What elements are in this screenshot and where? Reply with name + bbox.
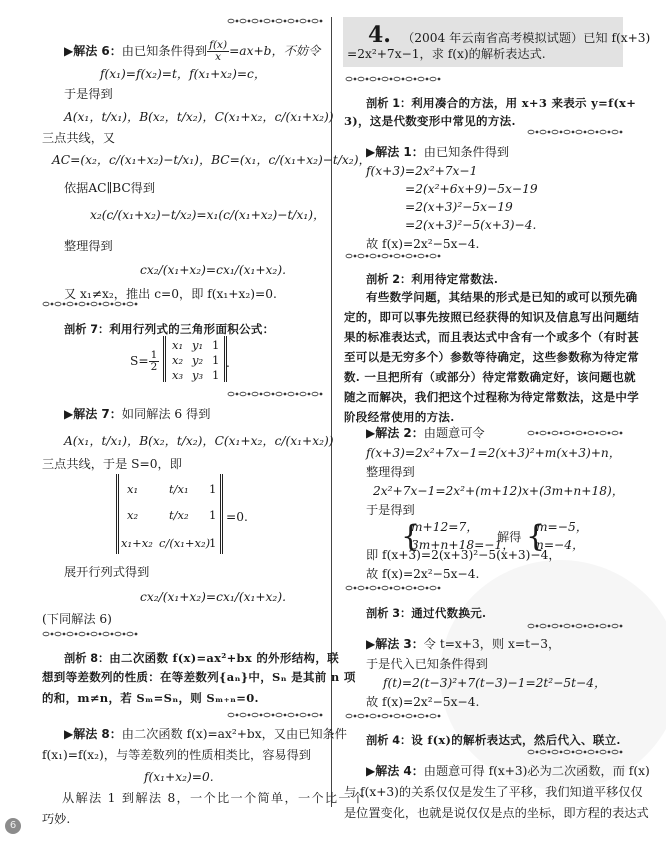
text: 于是得到 bbox=[64, 87, 113, 102]
problem-number: 4. bbox=[368, 22, 391, 48]
problem-number-line: 4. （2004 年云南省高考模拟试题）已知 f(x+3) bbox=[368, 22, 650, 48]
analysis-2-heading: 剖析 2：利用待定常数法. bbox=[366, 268, 498, 287]
solution-1-heading: ▶解法 1：由已知条件得到 bbox=[366, 145, 509, 160]
solution-label: ▶解法 3： bbox=[366, 637, 424, 651]
analysis-8-line2: 想到等差数列的性质：在等差数列{aₙ}中，Sₙ 是其前 n 项 bbox=[42, 669, 356, 685]
matrix-cell: y₃ bbox=[192, 368, 203, 382]
matrix-cell: c/(x₁+x₂) bbox=[159, 536, 210, 550]
ornament-divider bbox=[345, 253, 441, 259]
solution-label: ▶解法 4： bbox=[366, 764, 424, 778]
equation: f(x₁+x₂)=0. bbox=[144, 770, 214, 785]
analysis-3-heading: 剖析 3：通过代数换元. bbox=[366, 602, 486, 621]
analysis-7-heading: 剖析 7：利用行列式的三角形面积公式： bbox=[64, 318, 274, 337]
analysis-8-line1: 剖析 8：由二次函数 f(x)=ax²+bx 的外形结构，联 bbox=[64, 647, 339, 666]
analysis-label: 剖析 3： bbox=[366, 607, 411, 620]
analysis-1-line1: 剖析 1：利用凑合的方法，用 x+3 来表示 y=f(x+ bbox=[366, 92, 636, 111]
text: 依据AC∥BC得到 bbox=[64, 181, 155, 196]
text: 三点共线，又 bbox=[42, 131, 115, 146]
solution-2-heading: ▶解法 2：由题意可令 bbox=[366, 426, 485, 441]
denominator: 2 bbox=[149, 362, 160, 373]
equation-step: =2(x+3)²−5(x+3)−4. bbox=[405, 218, 536, 233]
solution-8-heading: ▶解法 8：由二次函数 f(x)=ax²+bx，又由已知条件 bbox=[64, 727, 347, 742]
text: 利用行列式的三角形面积公式： bbox=[109, 322, 274, 336]
solve-label: 解得 bbox=[497, 530, 521, 545]
analysis-2-para: 有些数学问题，其结果的形式是已知的或可以预先确 bbox=[366, 289, 637, 305]
text: 是位置变化，也就是说仅仅是点的坐标，即方程的表达式 bbox=[344, 806, 649, 821]
equation-step: =2(x+3)²−5x−19 bbox=[405, 200, 513, 215]
analysis-2-para: 数. 一旦把所有（或部分）待定常数确定好，该问题也就 bbox=[344, 369, 636, 385]
equation: f(x+3)=2x²+7x−1=2(x+3)²+m(x+3)+n， bbox=[366, 446, 621, 461]
matrix-cell: y₁ bbox=[192, 338, 203, 352]
ornament-divider bbox=[227, 712, 323, 718]
analysis-8-line3: 的和，m≠n，若 Sₘ=Sₙ，则 Sₘ₊ₙ=0. bbox=[42, 690, 259, 706]
text: f(x₁)=f(x₂)，与等差数列的性质相类比，容易得到 bbox=[42, 748, 311, 763]
text: 由已知条件得到 bbox=[122, 44, 207, 58]
system-equation: m+12=7， bbox=[411, 520, 478, 535]
equation-step: =2(x²+6x+9)−5x−19 bbox=[405, 182, 538, 197]
text: =ax+b，不妨令 bbox=[229, 44, 320, 58]
text: 巧妙. bbox=[42, 812, 70, 827]
solution-7-heading: ▶解法 7：如同解法 6 得到 bbox=[64, 407, 210, 422]
solution-label: ▶解法 2： bbox=[366, 426, 424, 440]
points-equation: A(x₁，t/x₁)，B(x₂，t/x₂)，C(x₁+x₂，c/(x₁+x₂)) bbox=[64, 434, 334, 449]
text: 如同解法 6 得到 bbox=[122, 407, 211, 421]
ornament-divider bbox=[42, 301, 138, 307]
matrix-cell: x₃ bbox=[172, 368, 183, 382]
formula-prefix: S=12 bbox=[130, 350, 159, 373]
analysis-4-heading: 剖析 4：设 f(x)的解析表达式，然后代入、联立. bbox=[366, 729, 621, 748]
ornament-divider bbox=[42, 631, 138, 637]
analysis-label: 剖析 7： bbox=[64, 323, 109, 336]
matrix-cell: x₁ bbox=[172, 338, 183, 352]
problem-statement: =2x²+7x−1，求 f(x)的解析表达式. bbox=[347, 47, 546, 62]
problem-source: （2004 年云南省高考模拟试题）已知 f(x+3) bbox=[402, 31, 650, 45]
analysis-2-para: 随之而解决，我们把这个过程称为待定常数法，这是中学 bbox=[344, 389, 639, 405]
page-number-badge: 6 bbox=[5, 818, 21, 834]
conclusion: 故 f(x)=2x²−5x−4. bbox=[366, 567, 479, 582]
ornament-divider bbox=[527, 749, 623, 755]
matrix-cell: y₂ bbox=[192, 353, 203, 367]
text: 由二次函数 f(x)=ax²+bx 的外形结构，联 bbox=[109, 651, 339, 665]
fraction: f(x)x bbox=[207, 40, 229, 63]
text: 即 f(x+3)=2(x+3)²−5(x+3)−4， bbox=[366, 548, 561, 563]
equation: x₂(c/(x₁+x₂)−t/x₂)=x₁(c/(x₁+x₂)−t/x₁)， bbox=[90, 208, 325, 223]
conclusion: 故 f(x)=2x²−5x−4. bbox=[366, 237, 479, 252]
equation-step: f(x+3)=2x²+7x−1 bbox=[366, 164, 477, 179]
solution-label: ▶解法 1： bbox=[366, 145, 424, 159]
ornament-divider bbox=[527, 129, 623, 135]
conclusion: 又 x₁≠x₂，推出 c=0，即 f(x₁+x₂)=0. bbox=[64, 287, 277, 302]
ornament-divider bbox=[227, 18, 323, 24]
ornament-divider bbox=[227, 391, 323, 397]
text: 利用待定常数法. bbox=[411, 272, 498, 286]
text: 由已知条件得到 bbox=[424, 145, 509, 159]
matrix-cell: 1 bbox=[212, 338, 219, 352]
text: 三点共线，于是 S=0，即 bbox=[42, 457, 182, 472]
matrix-cell: 1 bbox=[212, 353, 219, 367]
determinant: x₁ t/x₁ 1 x₂ t/x₂ 1 x₁+x₂ c/(x₁+x₂) 1 bbox=[116, 474, 223, 554]
analysis-2-para: 阶段经常使用的方法. bbox=[344, 409, 455, 425]
ornament-divider bbox=[345, 76, 441, 82]
solution-4-heading: ▶解法 4：由题意可得 f(x+3)必为二次函数，而 f(x) bbox=[366, 764, 650, 779]
solution-label: ▶解法 8： bbox=[64, 727, 122, 741]
matrix-cell: x₁+x₂ bbox=[121, 536, 153, 550]
text: 设 f(x)的解析表达式，然后代入、联立. bbox=[411, 733, 621, 747]
ornament-divider bbox=[345, 585, 441, 591]
analysis-2-para: 定的，即可以事先按照已经获得的知识及信息写出问题结 bbox=[344, 309, 639, 325]
text: (下同解法 6) bbox=[42, 612, 112, 627]
conclusion: 故 f(x)=2x²−5x−4. bbox=[366, 695, 479, 710]
text: 通过代数换元. bbox=[411, 606, 486, 620]
matrix-cell: 1 bbox=[212, 368, 219, 382]
matrix-cell: 1 bbox=[209, 482, 216, 496]
text: 利用凑合的方法，用 x+3 来表示 y=f(x+ bbox=[411, 96, 636, 110]
system-solution: m=−5， bbox=[536, 520, 588, 535]
fraction: 12 bbox=[149, 350, 160, 373]
text: 由二次函数 f(x)=ax²+bx，又由已知条件 bbox=[122, 727, 347, 741]
matrix-cell: 1 bbox=[209, 536, 216, 550]
matrix-cell: 1 bbox=[209, 508, 216, 522]
matrix-cell: t/x₂ bbox=[169, 508, 189, 522]
matrix-cell: x₁ bbox=[127, 482, 138, 496]
points-equation: A(x₁，t/x₁)，B(x₂，t/x₂)，C(x₁+x₂，c/(x₁+x₂)) bbox=[64, 110, 334, 125]
text: 于是代入已知条件得到 bbox=[366, 657, 488, 672]
text: 于是得到 bbox=[366, 503, 415, 518]
text: 由题意可令 bbox=[424, 426, 485, 440]
equation: f(t)=2(t−3)²+7(t−3)−1=2t²−5t−4， bbox=[383, 676, 606, 691]
text: . bbox=[226, 356, 230, 371]
matrix-cell: t/x₁ bbox=[169, 482, 189, 496]
determinant: x₁ y₁ 1 x₂ y₂ 1 x₃ y₃ 1 bbox=[163, 336, 227, 382]
analysis-label: 剖析 4： bbox=[366, 734, 411, 747]
text: 整理得到 bbox=[64, 239, 113, 254]
analysis-label: 剖析 1： bbox=[366, 97, 411, 110]
matrix-cell: x₂ bbox=[172, 353, 183, 367]
text: 由题意可得 f(x+3)必为二次函数，而 f(x) bbox=[424, 764, 650, 778]
analysis-2-para: 至可以是无穷多个）参数等待确定，这些参数称为待定常 bbox=[344, 349, 639, 365]
equation: cx₂/(x₁+x₂)=cx₁/(x₁+x₂). bbox=[140, 590, 286, 605]
equation: 2x²+7x−1=2x²+(m+12)x+(3m+n+18)， bbox=[373, 484, 624, 499]
text: 整理得到 bbox=[366, 465, 415, 480]
analysis-1-line2: 3)，这是代数变形中常见的方法. bbox=[344, 113, 516, 129]
text: 从解法 1 到解法 8，一个比一个简单，一个比一个 bbox=[62, 791, 365, 806]
ornament-divider bbox=[345, 713, 441, 719]
text: 令 t=x+3，则 x=t−3， bbox=[424, 637, 560, 651]
watermark bbox=[440, 560, 666, 790]
equation: f(x₁)=f(x₂)=t，f(x₁+x₂)=c， bbox=[100, 67, 266, 82]
denominator: x bbox=[207, 52, 229, 63]
ornament-divider bbox=[527, 623, 623, 629]
matrix-cell: x₂ bbox=[127, 508, 138, 522]
analysis-2-para: 果的标准表达式，而且表达式中含有一个或多个（有时甚 bbox=[344, 329, 639, 345]
text: S= bbox=[130, 354, 149, 368]
vector-equation: AC=(x₂，c/(x₁+x₂)−t/x₁)，BC=(x₁，c/(x₁+x₂)−… bbox=[52, 153, 371, 168]
column-divider bbox=[331, 17, 332, 807]
solution-label: ▶解法 6： bbox=[64, 44, 122, 58]
text: 与 f(x+3)的关系仅仅是发生了平移，我们知道平移仅仅 bbox=[344, 785, 643, 800]
text: 展开行列式得到 bbox=[64, 565, 149, 580]
analysis-label: 剖析 2： bbox=[366, 273, 411, 286]
solution-label: ▶解法 7： bbox=[64, 407, 122, 421]
solution-3-heading: ▶解法 3：令 t=x+3，则 x=t−3， bbox=[366, 637, 560, 652]
text: =0. bbox=[226, 510, 248, 525]
equation: cx₂/(x₁+x₂)=cx₁/(x₁+x₂). bbox=[140, 263, 286, 278]
analysis-label: 剖析 8： bbox=[64, 652, 109, 665]
solution-6-heading: ▶解法 6：由已知条件得到f(x)x=ax+b，不妨令 bbox=[64, 40, 320, 63]
ornament-divider bbox=[527, 430, 623, 436]
